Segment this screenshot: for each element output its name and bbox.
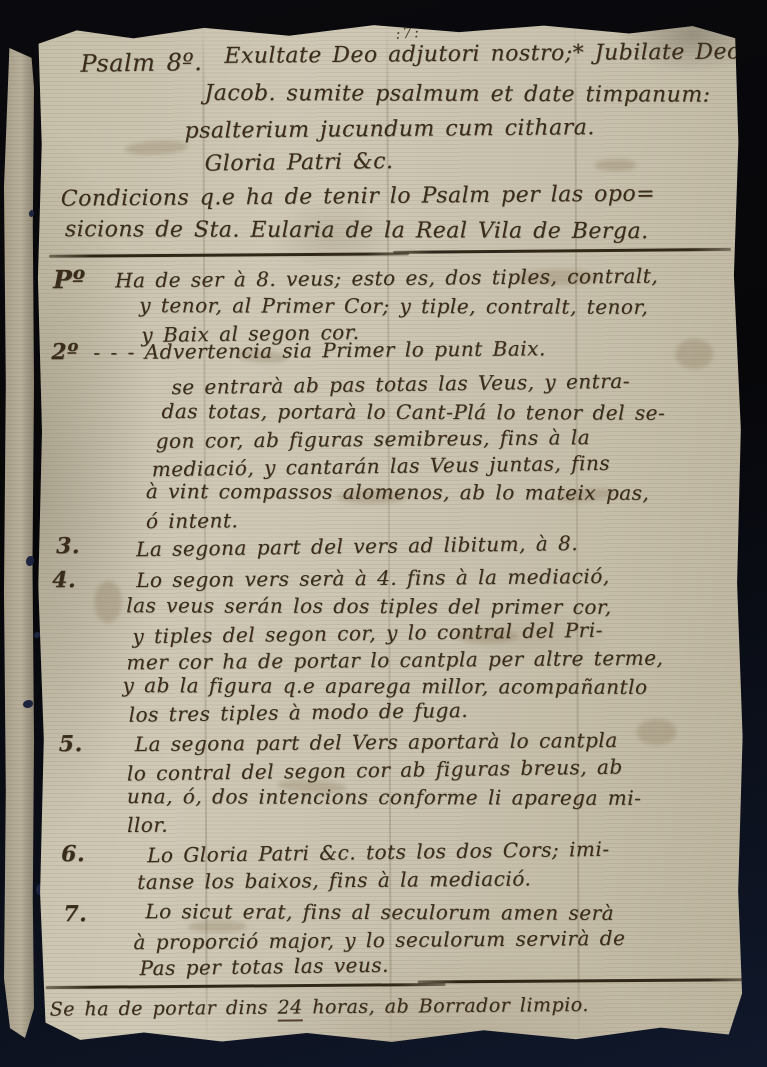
- ink-rule: [393, 248, 731, 254]
- latin-incipit-line: psalterium jucundum cum cithara.: [184, 115, 594, 144]
- ink-rule: [49, 252, 409, 258]
- manuscript-line: lo contral del segon cor ab figuras breu…: [127, 755, 623, 786]
- latin-incipit-line: Jacob. sumite psalmum et date timpanum:: [204, 81, 710, 108]
- manuscript-line: mediació, y cantarán las Veus juntas, fi…: [152, 451, 611, 481]
- manuscript-line: La segona part del vers ad libitum, à 8.: [136, 531, 578, 561]
- manuscript-line: Ha de ser à 8. veus; esto es, dos tiples…: [115, 264, 658, 293]
- item-marker: 4.: [52, 567, 76, 593]
- gloria-patri-line: Gloria Patri &c.: [205, 149, 394, 177]
- ink-rule: [46, 983, 446, 989]
- bleed-through-mark: [637, 719, 677, 745]
- manuscript-line: à proporció major, y lo seculorum servir…: [133, 926, 625, 954]
- manuscript-line: - - - Advertencia sia Primer lo punt Bai…: [93, 336, 546, 364]
- heading-line: sicions de Sta. Eularia de la Real Vila …: [65, 217, 649, 244]
- ink-speck: [26, 556, 34, 566]
- ink-rule: [418, 978, 748, 983]
- item-marker: 6.: [61, 841, 85, 867]
- item-marker: Pº: [53, 265, 85, 294]
- manuscript-line: mer cor ha de portar lo cantpla per altr…: [126, 646, 663, 675]
- deadline-hours: 24: [277, 996, 302, 1021]
- manuscript-line: Lo segon vers serà à 4. fins à la mediac…: [136, 564, 610, 592]
- bleed-through-mark: [94, 581, 122, 623]
- manuscript-line: ó intent.: [146, 508, 239, 533]
- item-marker: 3.: [56, 533, 80, 559]
- deadline-note-suffix: horas, ab Borrador limpio.: [303, 994, 589, 1018]
- bleed-through-mark: [124, 139, 189, 157]
- page-number: :7:: [386, 20, 431, 43]
- gutter-page-edge: [4, 48, 34, 1038]
- manuscript-line: Pas per totas las veus.: [139, 953, 389, 980]
- heading-line: Condicions q.e ha de tenir lo Psalm per …: [61, 182, 655, 212]
- item-marker: 5.: [59, 731, 83, 757]
- manuscript-line: las veus serán los dos tiples del primer…: [126, 593, 611, 619]
- bleed-through-mark: [675, 339, 713, 369]
- manuscript-line: y tiples del segon cor, y lo contral del…: [132, 618, 603, 649]
- manuscript-line: Lo Gloria Patri &c. tots los dos Cors; i…: [147, 837, 610, 867]
- manuscript-line: se entrarà ab pas totas las Veus, y entr…: [171, 369, 630, 399]
- manuscript-line: à vint compassos alomenos, ab lo mateix …: [146, 479, 650, 505]
- item-marker: 7.: [63, 901, 87, 927]
- ink-speck: [29, 210, 34, 217]
- manuscript-line: y tenor, al Primer Cor; y tiple, contral…: [139, 293, 648, 319]
- item-marker: 2º: [51, 339, 78, 365]
- manuscript-line: La segona part del Vers aportarà lo cant…: [135, 728, 618, 756]
- deadline-note-prefix: Se ha de portar dins: [50, 997, 278, 1021]
- manuscript-line: Lo sicut erat, fins al seculorum amen se…: [145, 899, 614, 925]
- ink-speck: [34, 632, 40, 638]
- psalm-title: Psalm 8º.: [80, 48, 202, 78]
- manuscript-line: una, ó, dos intencions conforme li apare…: [127, 784, 642, 810]
- manuscript-line: y ab la figura q.e aparega millor, acomp…: [122, 673, 647, 699]
- manuscript-line: tanse los baixos, fins à la mediació.: [137, 866, 531, 893]
- manuscript-page: :7: Psalm 8º. Exultate Deo adjutori nost…: [34, 19, 746, 1047]
- manuscript-line: das totas, portarà lo Cant-Plá lo tenor …: [162, 399, 666, 425]
- deadline-note: Se ha de portar dins 24 horas, ab Borrad…: [50, 994, 589, 1021]
- bleed-through-mark: [595, 159, 637, 171]
- manuscript-line: los tres tiples à modo de fuga.: [128, 698, 468, 727]
- manuscript-line: llor.: [127, 813, 168, 837]
- latin-incipit-line: Exultate Deo adjutori nostro;* Jubilate …: [224, 39, 741, 69]
- manuscript-line: gon cor, ab figuras semibreus, fins à la: [156, 425, 591, 453]
